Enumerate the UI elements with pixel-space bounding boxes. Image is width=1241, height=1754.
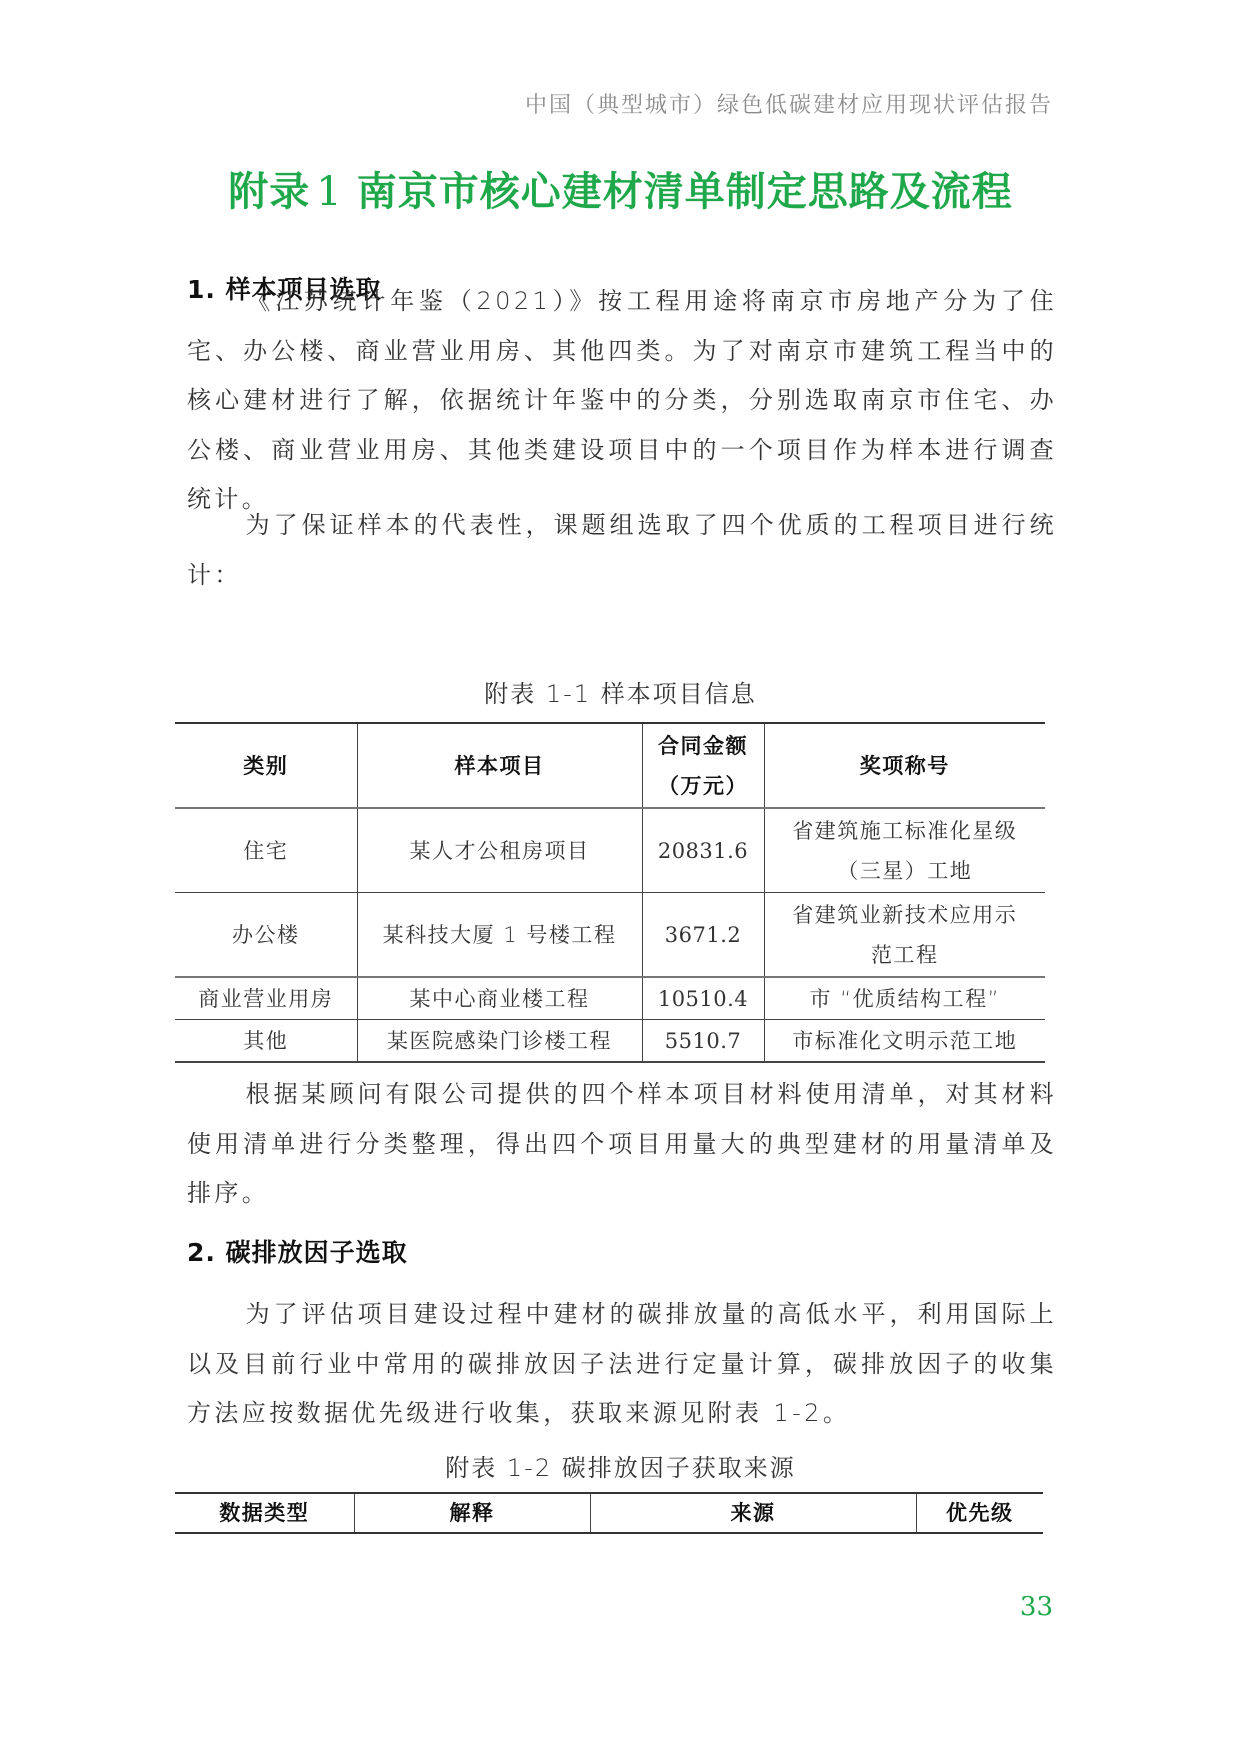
header-category: 类别 bbox=[175, 723, 357, 808]
table-row: 办公楼 某科技大厦 1 号楼工程 3671.2 省建筑业新技术应用示范工程 bbox=[175, 893, 1045, 978]
title-number: 1 bbox=[316, 169, 342, 215]
table-header-row: 数据类型 解释 来源 优先级 bbox=[175, 1493, 1043, 1533]
header-source: 来源 bbox=[590, 1493, 916, 1533]
cell-amount: 3671.2 bbox=[642, 893, 764, 978]
cell-award: 省建筑施工标准化星级（三星）工地 bbox=[764, 808, 1045, 893]
cell-award: 市 “优质结构工程” bbox=[764, 977, 1045, 1020]
cell-category: 办公楼 bbox=[175, 893, 357, 978]
table-1-2-caption: 附表 1-2 碳排放因子获取来源 bbox=[0, 1448, 1241, 1483]
sample-projects-table: 类别 样本项目 合同金额（万元） 奖项称号 住宅 某人才公租房项目 20831.… bbox=[175, 722, 1045, 1063]
cell-amount: 10510.4 bbox=[642, 977, 764, 1020]
table-header-row: 类别 样本项目 合同金额（万元） 奖项称号 bbox=[175, 723, 1045, 808]
cell-project: 某科技大厦 1 号楼工程 bbox=[357, 893, 642, 978]
cell-category: 其他 bbox=[175, 1020, 357, 1063]
header-project: 样本项目 bbox=[357, 723, 642, 808]
page-number: 33 bbox=[1020, 1592, 1053, 1622]
emission-factor-sources-table: 数据类型 解释 来源 优先级 bbox=[175, 1492, 1043, 1534]
title-prefix: 附录 bbox=[228, 169, 310, 215]
cell-project: 某医院感染门诊楼工程 bbox=[357, 1020, 642, 1063]
title-text: 南京市核心建材清单制定思路及流程 bbox=[357, 169, 1013, 215]
header-explanation: 解释 bbox=[354, 1493, 590, 1533]
cell-category: 住宅 bbox=[175, 808, 357, 893]
table-1-1-caption: 附表 1-1 样本项目信息 bbox=[0, 674, 1241, 709]
section-1-paragraph-1: 《江苏统计年鉴（2021）》按工程用途将南京市房地产分为了住宅、办公楼、商业营业… bbox=[187, 277, 1057, 525]
table-row: 商业营业用房 某中心商业楼工程 10510.4 市 “优质结构工程” bbox=[175, 977, 1045, 1020]
header-award: 奖项称号 bbox=[764, 723, 1045, 808]
table-row: 其他 某医院感染门诊楼工程 5510.7 市标准化文明示范工地 bbox=[175, 1020, 1045, 1063]
cell-award: 市标准化文明示范工地 bbox=[764, 1020, 1045, 1063]
running-header: 中国（典型城市）绿色低碳建材应用现状评估报告 bbox=[525, 88, 1053, 119]
cell-award: 省建筑业新技术应用示范工程 bbox=[764, 893, 1045, 978]
section-2-paragraph: 为了评估项目建设过程中建材的碳排放量的高低水平，利用国际上以及目前行业中常用的碳… bbox=[187, 1290, 1057, 1439]
section-2-heading: 2. 碳排放因子选取 bbox=[187, 1233, 408, 1269]
cell-project: 某中心商业楼工程 bbox=[357, 977, 642, 1020]
cell-amount: 20831.6 bbox=[642, 808, 764, 893]
table-row: 住宅 某人才公租房项目 20831.6 省建筑施工标准化星级（三星）工地 bbox=[175, 808, 1045, 893]
page-title: 附录1南京市核心建材清单制定思路及流程 bbox=[0, 160, 1241, 217]
section-1-after-table-paragraph: 根据某顾问有限公司提供的四个样本项目材料使用清单，对其材料使用清单进行分类整理，… bbox=[187, 1070, 1057, 1219]
header-amount: 合同金额（万元） bbox=[642, 723, 764, 808]
cell-project: 某人才公租房项目 bbox=[357, 808, 642, 893]
section-1-paragraph-2: 为了保证样本的代表性，课题组选取了四个优质的工程项目进行统计： bbox=[187, 501, 1057, 600]
cell-amount: 5510.7 bbox=[642, 1020, 764, 1063]
header-priority: 优先级 bbox=[916, 1493, 1043, 1533]
header-data-type: 数据类型 bbox=[175, 1493, 354, 1533]
cell-category: 商业营业用房 bbox=[175, 977, 357, 1020]
